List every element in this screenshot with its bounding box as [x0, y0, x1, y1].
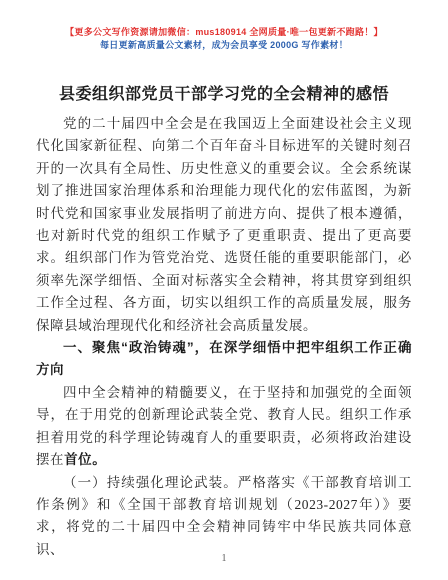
paragraph-subsection-1: （一）持续强化理论武装。严格落实《干部教育培训工作条例》和《全国干部教育培训规划…: [36, 472, 412, 562]
promo-banner: 【更多公文写作资源请加微信：mus180914 全网质量·唯一包更新不跑路！】 …: [0, 0, 448, 52]
document-title: 县委组织部党员干部学习党的全会精神的感悟: [0, 81, 448, 104]
promo-banner-line2: 每日更新高质量公文素材，成为会员享受 2000G 写作素材！: [0, 39, 448, 52]
document-page: 【更多公文写作资源请加微信：mus180914 全网质量·唯一包更新不跑路！】 …: [0, 0, 448, 580]
section-heading-1: 一、聚焦“政治铸魂”，在深学细悟中把牢组织工作正确方向: [36, 337, 412, 382]
paragraph-intro: 党的二十届四中全会是在我国迈上全面建设社会主义现代化国家新征程、向第二个百年奋斗…: [36, 113, 412, 337]
page-number: 1: [0, 553, 448, 564]
paragraph-section-1: 四中全会精神的精髓要义，在于坚持和加强党的全面领导，在于用党的创新理论武装全党、…: [36, 382, 412, 472]
document-body: 党的二十届四中全会是在我国迈上全面建设社会主义现代化国家新征程、向第二个百年奋斗…: [36, 113, 412, 561]
promo-banner-line1: 【更多公文写作资源请加微信：mus180914 全网质量·唯一包更新不跑路！】: [0, 26, 448, 39]
paragraph-section-1-bold-tail: 首位。: [64, 452, 106, 467]
